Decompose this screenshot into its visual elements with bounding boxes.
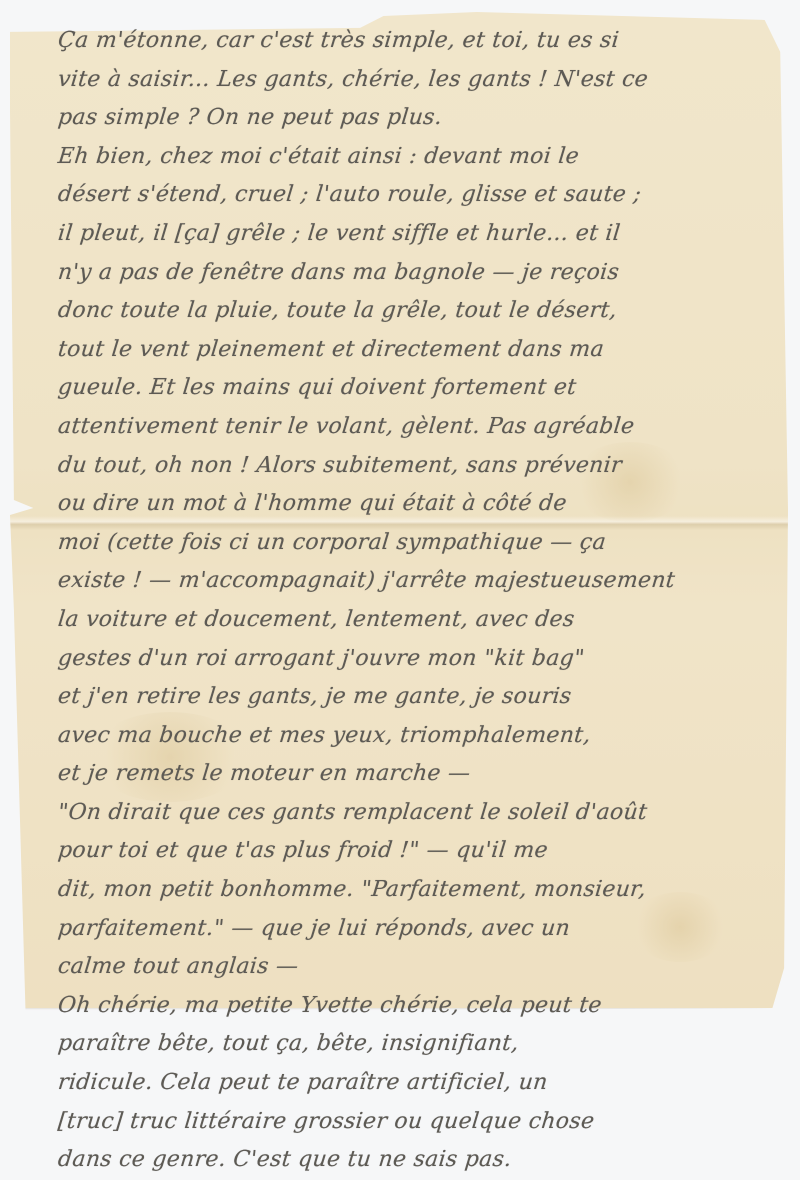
text-line: Eh bien, chez moi c'était ainsi : devant… <box>56 138 780 177</box>
text-line: Oh chérie, ma petite Yvette chérie, cela… <box>56 987 780 1024</box>
text-line: désert s'étend, cruel ; l'auto roule, gl… <box>56 176 780 215</box>
text-line: attentivement tenir le volant, gèlent. P… <box>56 408 780 447</box>
text-line: gueule. Et les mains qui doivent forteme… <box>56 369 780 408</box>
handwritten-text-block: Ça m'étonne, car c'est très simple, et t… <box>58 22 778 1024</box>
text-line: et j'en retire les gants, je me gante, j… <box>56 678 780 717</box>
text-line: pour toi et que t'as plus froid !" — qu'… <box>56 832 780 871</box>
text-line: parfaitement." — que je lui réponds, ave… <box>56 910 780 949</box>
text-line: la voiture et doucement, lentement, avec… <box>56 601 780 640</box>
text-line: vite à saisir... Les gants, chérie, les … <box>56 61 780 100</box>
text-line: tout le vent pleinement et directement d… <box>56 331 780 370</box>
text-line: Ça m'étonne, car c'est très simple, et t… <box>56 22 780 61</box>
text-line: calme tout anglais — <box>56 948 780 987</box>
text-line: et je remets le moteur en marche — <box>56 755 780 794</box>
text-line: pas simple ? On ne peut pas plus. <box>56 99 780 138</box>
text-line: dit, mon petit bonhomme. "Parfaitement, … <box>56 871 780 910</box>
text-line: n'y a pas de fenêtre dans ma bagnole — j… <box>56 254 780 293</box>
text-line: "On dirait que ces gants remplacent le s… <box>56 794 780 833</box>
text-line: donc toute la pluie, toute la grêle, tou… <box>56 292 780 331</box>
text-line: du tout, oh non ! Alors subitement, sans… <box>56 447 780 486</box>
text-line: moi (cette fois ci un corporal sympathiq… <box>56 524 780 563</box>
text-line: ou dire un mot à l'homme qui était à côt… <box>56 485 780 524</box>
text-line: existe ! — m'accompagnait) j'arrête maje… <box>56 562 780 601</box>
text-line: avec ma bouche et mes yeux, triomphaleme… <box>56 717 780 756</box>
text-line: il pleut, il [ça] grêle ; le vent siffle… <box>56 215 780 254</box>
text-line: gestes d'un roi arrogant j'ouvre mon "ki… <box>56 640 780 679</box>
